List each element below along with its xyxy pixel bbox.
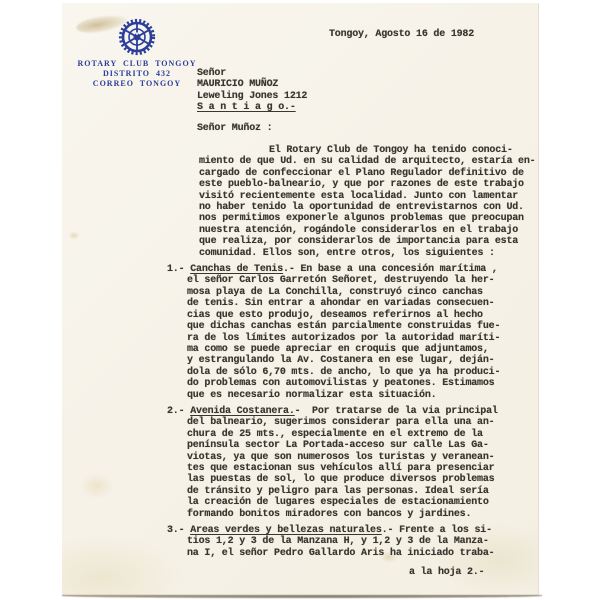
paper-stain — [80, 473, 114, 499]
item-first-text: En base a una concesión marítima , — [295, 264, 498, 275]
letter-body: El Rotary Club de Tongoy ha tenido conoc… — [167, 145, 539, 579]
item-first-text: Frente a los si- — [393, 525, 492, 536]
salutation: Señor Muñoz : — [197, 123, 272, 134]
list-item: 3.- Areas verdes y bellezas naturales.- … — [167, 525, 539, 559]
item-line: y estrangulando la Av. Costanera en ese … — [187, 355, 539, 366]
item-title: Areas verdes y bellezas naturales — [190, 525, 381, 536]
item-first-line: 1.- Canchas de Tenis.- En base a una con… — [167, 264, 539, 275]
item-line: la creación de lugares especiales de est… — [187, 497, 539, 508]
item-line: tios 1,2 y 3 de la Manzana H, y 1,2 y 3 … — [187, 536, 539, 547]
list-item: 1.- Canchas de Tenis.- En base a una con… — [167, 264, 539, 401]
date-line: Tongoy, Agosto 16 de 1982 — [329, 29, 474, 40]
item-line: de tenis. Sin entrar a ahondar en variad… — [187, 298, 539, 309]
paragraph-line: que realiza, por considerarlos de import… — [199, 236, 539, 247]
continuation-note: a la hoja 2.- — [409, 567, 539, 578]
org-mail: CORREO TONGOY — [72, 79, 202, 89]
org-district: DISTRITO 432 — [72, 69, 202, 79]
paragraph-line: comunidad. Ellos son, entre otros, los s… — [199, 248, 539, 259]
item-first-line: 2.- Avenida Costanera.- Por tratarse de … — [167, 406, 539, 417]
rotary-wheel-icon — [117, 17, 157, 57]
item-line: na I, el señor Pedro Gallardo Aris ha in… — [187, 548, 539, 559]
item-line: península sector La Portada-acceso sur c… — [187, 440, 539, 451]
item-line: chura de 25 mts., especialmente en el ex… — [187, 429, 539, 440]
paragraph-line: no haber tenido la oportunidad de entrev… — [199, 202, 539, 213]
scanned-letter-page: { "colors": { "brand_blue": "#2b3e9b", "… — [0, 0, 600, 600]
opening-paragraph: El Rotary Club de Tongoy ha tenido conoc… — [167, 145, 539, 259]
addressee-block: SeñorMAURICIO MUÑOZLeweling Jones 1212S … — [197, 68, 307, 114]
item-line: dola de sólo 6,70 mts. de ancho, lo que … — [187, 367, 539, 378]
item-first-text: Por tratarse de la via principal — [300, 406, 497, 417]
item-number: 1.- — [167, 264, 190, 275]
addressee-line: Señor — [197, 68, 307, 79]
org-name: ROTARY CLUB TONGOY — [72, 59, 202, 69]
item-line: cias que esto produjo, deseamos referirn… — [187, 310, 539, 321]
item-line: formando bonitos miradores con bancos y … — [187, 509, 539, 520]
list-item: 2.- Avenida Costanera.- Por tratarse de … — [167, 406, 539, 520]
paragraph-line: visitó recientemente esta localidad. Jun… — [199, 191, 539, 202]
item-line: de tránsito y peligro para las personas.… — [187, 486, 539, 497]
item-number: 3.- — [167, 525, 190, 536]
paragraph-line: este pueblo-balneario, y que por razones… — [199, 179, 539, 190]
item-title: Avenida Costanera. — [190, 406, 294, 417]
item-line: las puestas de sol, lo que produce diver… — [187, 474, 539, 485]
items-list: 1.- Canchas de Tenis.- En base a una con… — [167, 264, 539, 559]
paragraph-line: cargado de confeccionar el Plano Regulad… — [199, 168, 539, 179]
letter-paper: ROTARY CLUB TONGOY DISTRITO 432 CORREO T… — [62, 3, 538, 595]
letterhead: ROTARY CLUB TONGOY DISTRITO 432 CORREO T… — [72, 17, 202, 89]
item-title-suffix: .- — [283, 264, 295, 275]
paragraph-line: miento de que Ud. en su calidad de arqui… — [199, 156, 539, 167]
paragraph-line: nuestra atención, rogándole considerarlo… — [199, 225, 539, 236]
item-line: do problemas con automovilistas y peaton… — [187, 378, 539, 389]
paragraph-line: El Rotary Club de Tongoy ha tenido conoc… — [269, 145, 539, 156]
item-line: viotas, ya que son numerosos los turista… — [187, 452, 539, 463]
addressee-line: Leweling Jones 1212 — [197, 91, 307, 102]
item-line: ma como se puede apreciar en croquis que… — [187, 344, 539, 355]
item-line: tes que estacionan sus vehículos allí pa… — [187, 463, 539, 474]
item-line: el señor Carlos Garretón Señoret, destru… — [187, 275, 539, 286]
item-line: ra de los límites autorizados por la aut… — [187, 333, 539, 344]
item-line: que es necesario normalizar esta situaci… — [187, 390, 539, 401]
addressee-line: S a n t i a g o.- — [197, 102, 307, 113]
item-number: 2.- — [167, 406, 190, 417]
item-title-suffix: .- — [382, 525, 394, 536]
item-line: que dichas canchas están parcialmente co… — [187, 321, 539, 332]
paper-stain — [68, 231, 80, 240]
paragraph-line: nos permitimos exponerle algunos problem… — [199, 213, 539, 224]
item-title: Canchas de Tenis — [190, 264, 283, 275]
addressee-line: MAURICIO MUÑOZ — [197, 79, 307, 90]
item-line: mosa playa de La Conchilla, construyó ci… — [187, 287, 539, 298]
item-line: del balneario, sugerimos considerar para… — [187, 417, 539, 428]
item-first-line: 3.- Areas verdes y bellezas naturales.- … — [167, 525, 539, 536]
